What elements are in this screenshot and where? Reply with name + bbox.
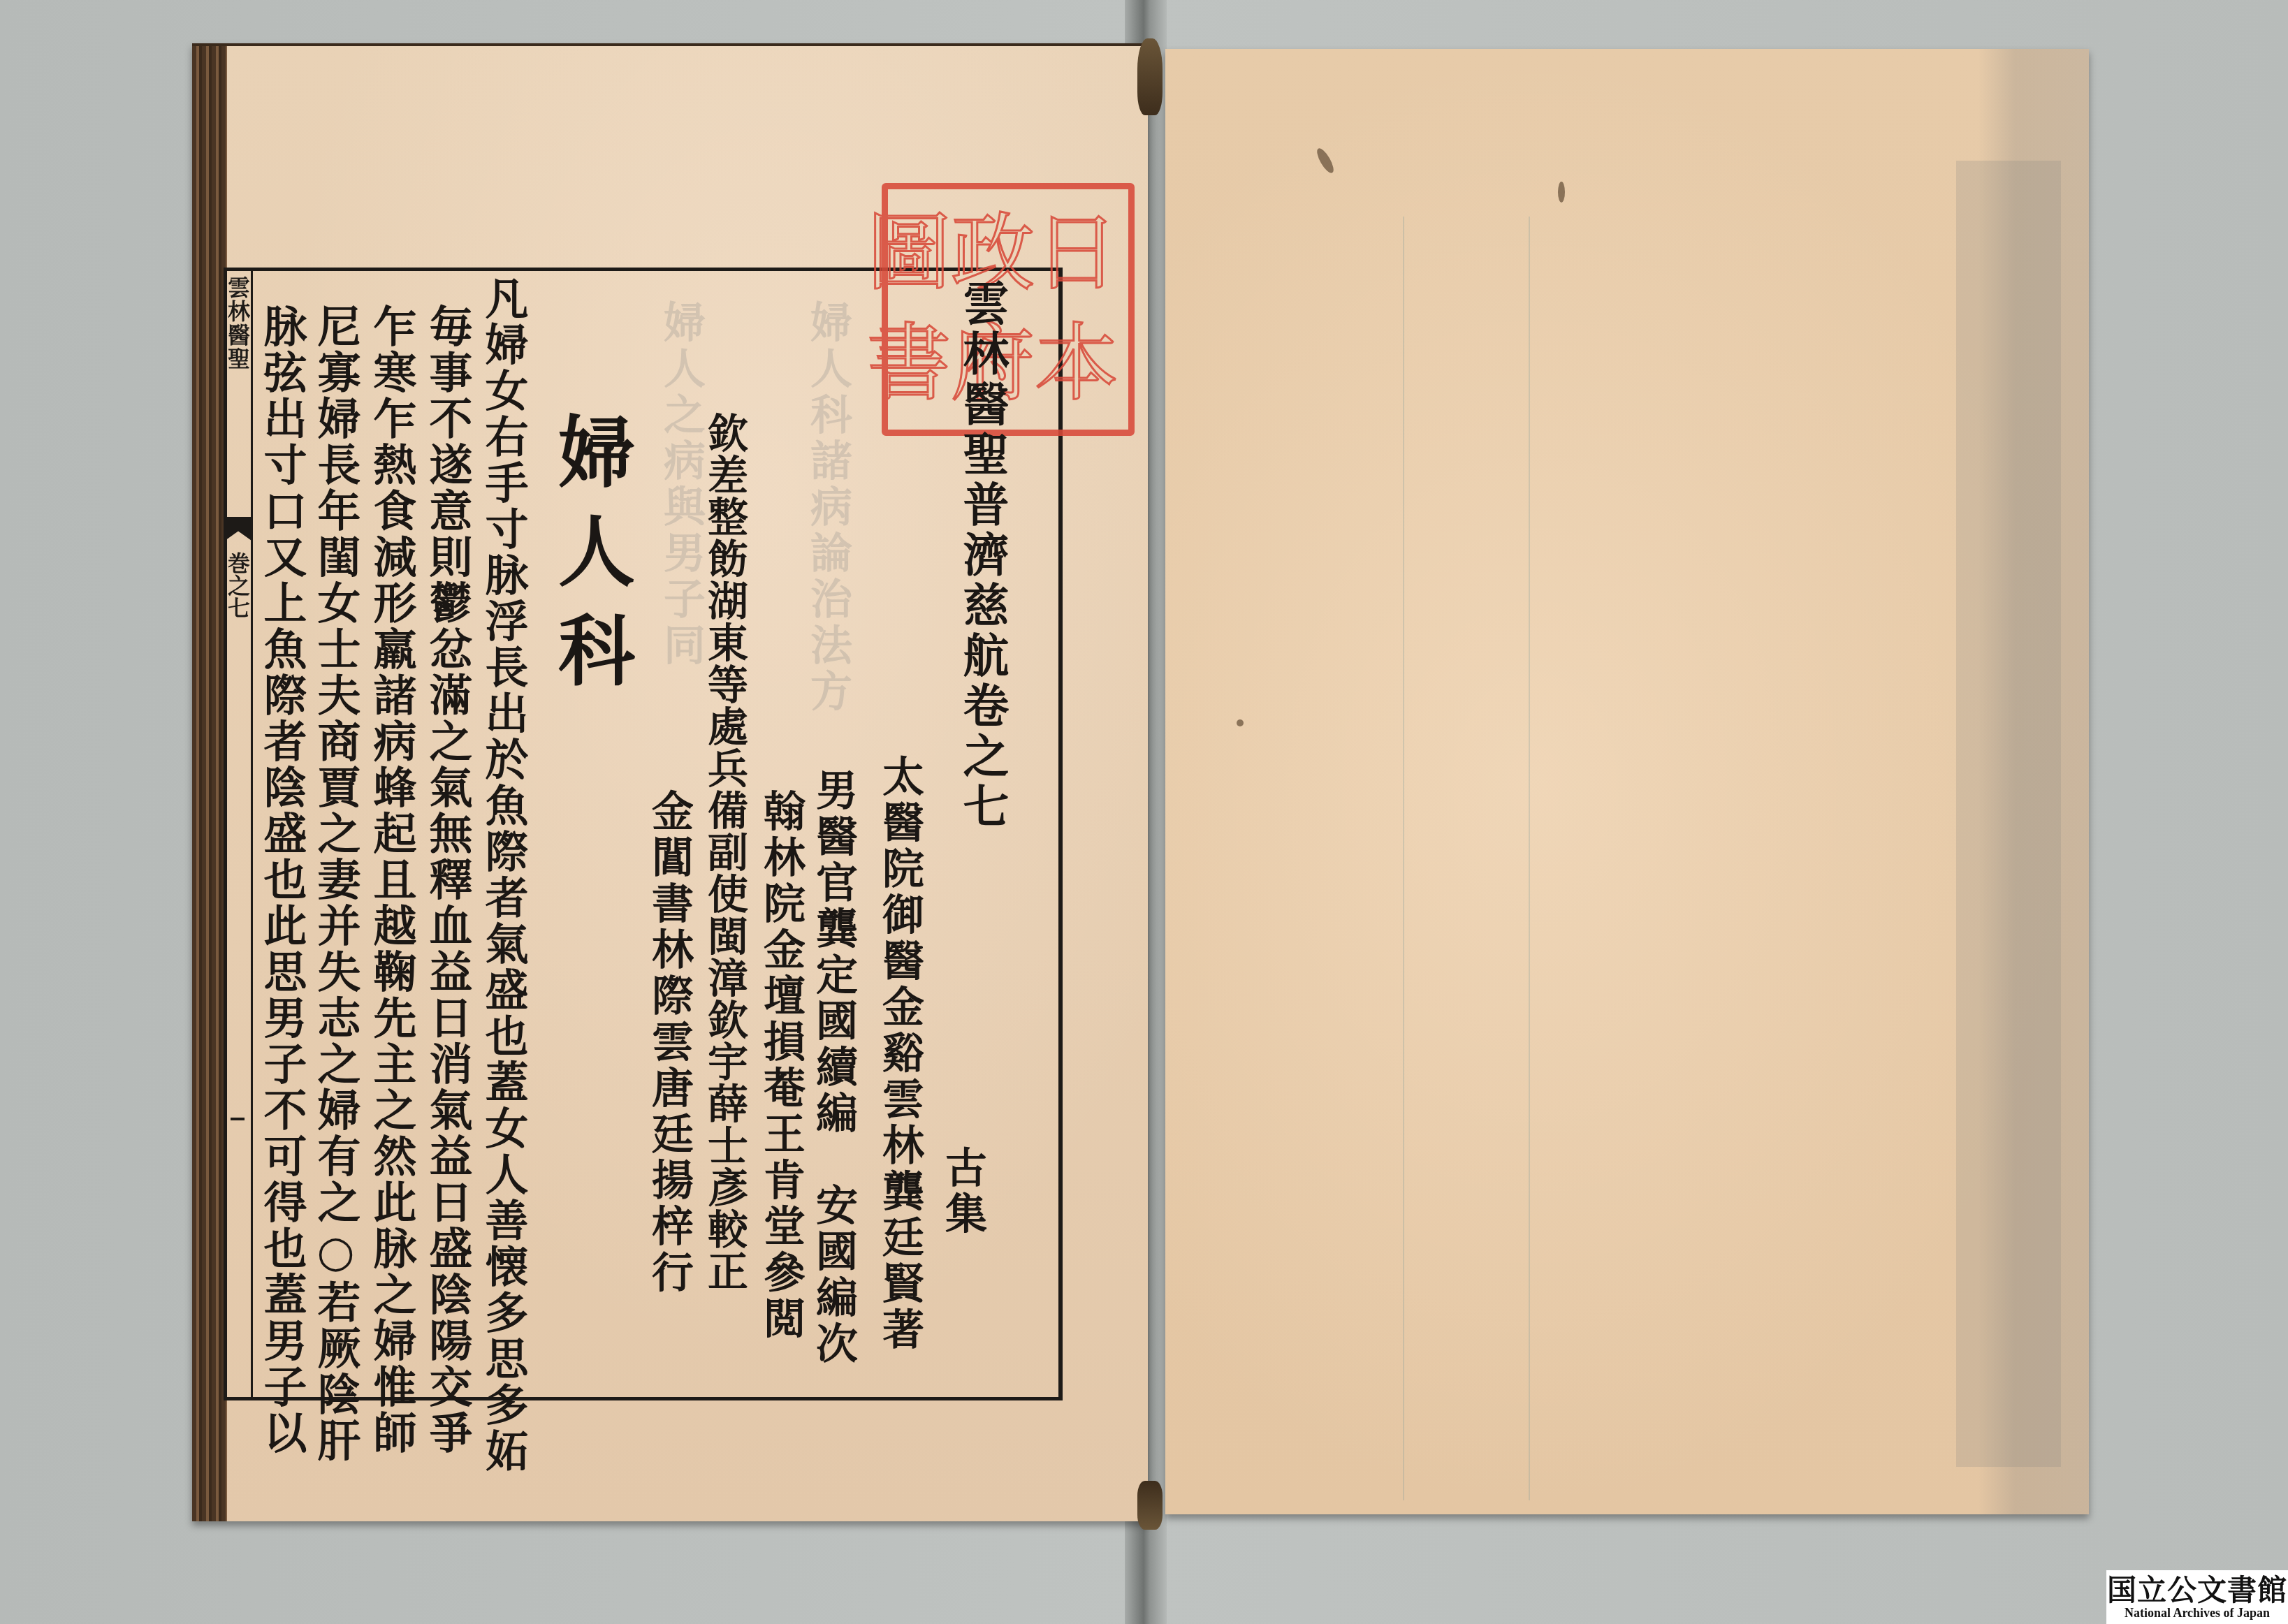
title-note: 古集 bbox=[940, 1146, 986, 1238]
credit-line-publisher: 金閶書林際雲唐廷揚梓行 bbox=[646, 789, 692, 1296]
faint-rule bbox=[1529, 217, 1530, 1500]
hanshin-center-column bbox=[224, 268, 253, 1400]
logo-japanese: 国立公文書館 bbox=[2107, 1575, 2287, 1606]
wormhole-mark bbox=[1558, 182, 1565, 203]
hanshin-volume: 巻之七 bbox=[225, 552, 250, 619]
credit-line-author: 太醫院御醫金谿雲林龔廷賢著 bbox=[877, 754, 923, 1354]
faint-rule bbox=[1403, 217, 1404, 1500]
credit-line-corrector: 欽差整飭湖東等處兵備副使閩漳欽宇薛士彥較正 bbox=[702, 412, 747, 1292]
right-page-shadow-band bbox=[1956, 161, 2061, 1467]
seal-char: 圖 bbox=[867, 199, 951, 309]
hanshin-title: 雲林醫聖 bbox=[225, 276, 250, 371]
body-column-5: 脉弦出寸口又上魚際者陰盛也此思男子不可得也蓋男子以 bbox=[257, 304, 306, 1456]
right-page-blank bbox=[1165, 49, 2089, 1514]
seal-char: 書 bbox=[867, 309, 951, 420]
binding-thread-top bbox=[1137, 38, 1163, 115]
body-column-4: 尼寡婦長年閨女士夫商賈之妻并失志之婦有之○若厥陰肝 bbox=[311, 304, 360, 1464]
section-heading: 婦人科 bbox=[552, 412, 629, 710]
seal-char: 日 bbox=[1035, 199, 1119, 309]
logo-english: National Archives of Japan bbox=[2125, 1606, 2270, 1620]
folio-mark bbox=[231, 1118, 245, 1120]
page-edge-stack bbox=[192, 46, 227, 1521]
book-title-column: 雲林醫聖普濟慈航卷之七 bbox=[957, 279, 1007, 833]
seal-char: 本 bbox=[1035, 309, 1119, 420]
ink-spot bbox=[1237, 719, 1244, 726]
national-archives-logo: 国立公文書館 National Archives of Japan bbox=[2106, 1570, 2288, 1624]
body-column-3: 乍寒乍熱食減形羸諸病蜂起且越鞠先主之然此脉之婦惟師 bbox=[367, 304, 416, 1456]
binding-thread-bottom bbox=[1137, 1481, 1163, 1530]
body-column-1: 凡婦女右手寸脉浮長出於魚際者氣盛也蓋女人善懐多思多妬 bbox=[479, 276, 527, 1475]
printed-frame-right-rule bbox=[1058, 268, 1063, 1400]
credit-line-editor: 男醫官龔定國續編 安國編次 bbox=[810, 768, 857, 1368]
credit-line-reviewer: 翰林院金壇損菴王肯堂參閲 bbox=[758, 789, 804, 1343]
body-column-2: 毎事不遂意則鬱忿滿之氣無釋血益日消氣益日盛陰陽交爭 bbox=[423, 304, 472, 1456]
